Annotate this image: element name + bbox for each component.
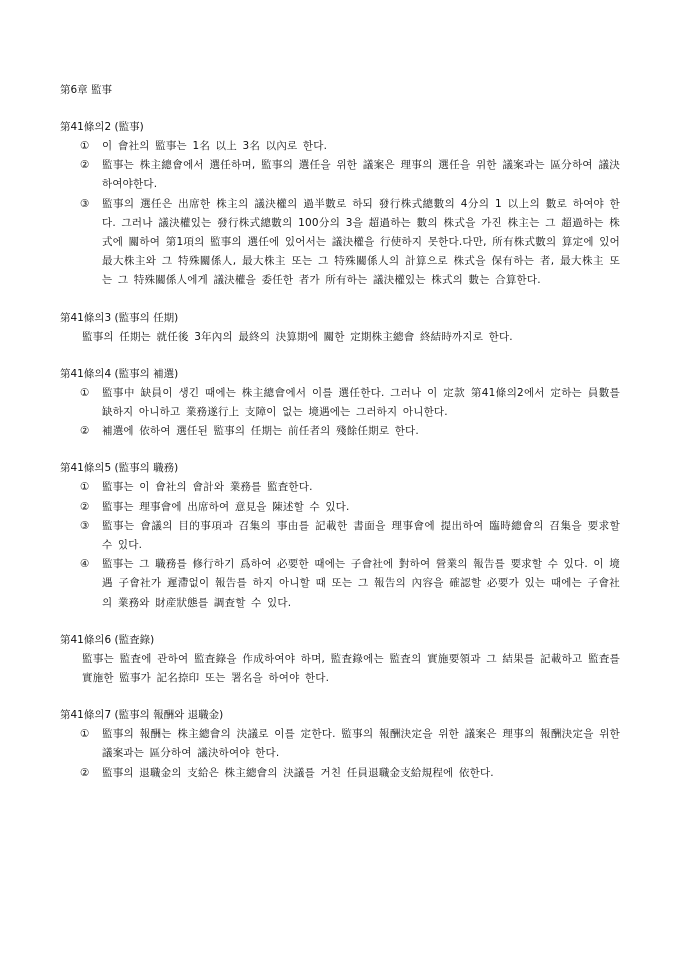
section-41-4: 第41條의4 (監事의 補選) ① 監事中 缺員이 생긴 때에는 株主總會에서 … [60,365,620,442]
section-title: 第41條의6 (監査錄) [60,631,620,650]
list-item: ③ 監事의 選任은 出席한 株主의 議決權의 過半數로 하되 發行株式總數의 4… [60,195,620,291]
chapter-title: 第6章 監事 [60,81,620,100]
item-number: ① [80,725,100,744]
item-text: 이 會社의 監事는 1名 以上 3名 以內로 한다. [102,140,327,152]
paragraph: 監事의 任期는 就任後 3年內의 最終의 決算期에 關한 定期株主總會 終結時까… [60,328,620,347]
list-item: ③ 監事는 會議의 目的事項과 召集의 事由를 記載한 書面을 理事會에 提出하… [60,517,620,555]
item-number: ③ [80,195,100,214]
section-title: 第41條의2 (監事) [60,118,620,137]
list-item: ② 監事의 退職金의 支給은 株主總會의 決議를 거친 任員退職金支給規程에 依… [60,764,620,783]
item-number: ③ [80,517,100,536]
item-text: 監事는 그 職務를 修行하기 爲하여 必要한 때에는 子會社에 對하여 營業의 … [102,558,620,608]
list-item: ② 監事는 理事會에 出席하여 意見을 陳述할 수 있다. [60,498,620,517]
list-item: ① 監事中 缺員이 생긴 때에는 株主總會에서 이를 選任한다. 그러나 이 定… [60,384,620,422]
item-number: ① [80,137,100,156]
list-item: ④ 監事는 그 職務를 修行하기 爲하여 必要한 때에는 子會社에 對하여 營業… [60,555,620,613]
item-text: 監事는 會議의 目的事項과 召集의 事由를 記載한 書面을 理事會에 提出하여 … [102,520,620,551]
item-text: 監事의 報酬는 株主總會의 決議로 이를 定한다. 監事의 報酬決定을 위한 議… [102,728,620,759]
section-41-7: 第41條의7 (監事의 報酬와 退職金) ① 監事의 報酬는 株主總會의 決議로… [60,706,620,783]
item-text: 監事는 理事會에 出席하여 意見을 陳述할 수 있다. [102,501,350,513]
item-number: ② [80,498,100,517]
list-item: ② 補選에 依하여 選任된 監事의 任期는 前任者의 殘餘任期로 한다. [60,422,620,441]
section-title: 第41條의5 (監事의 職務) [60,459,620,478]
item-text: 監事는 이 會社의 會計와 業務를 監査한다. [102,481,313,493]
item-number: ② [80,764,100,783]
section-title: 第41條의4 (監事의 補選) [60,365,620,384]
list-item: ① 監事의 報酬는 株主總會의 決議로 이를 定한다. 監事의 報酬決定을 위한… [60,725,620,763]
list-item: ① 監事는 이 會社의 會計와 業務를 監査한다. [60,478,620,497]
section-title: 第41條의7 (監事의 報酬와 退職金) [60,706,620,725]
section-41-5: 第41條의5 (監事의 職務) ① 監事는 이 會社의 會計와 業務를 監査한다… [60,459,620,612]
item-text: 監事의 退職金의 支給은 株主總會의 決議를 거친 任員退職金支給規程에 依한다… [102,767,494,779]
section-41-2: 第41條의2 (監事) ① 이 會社의 監事는 1名 以上 3名 以內로 한다.… [60,118,620,291]
item-text: 監事는 株主總會에서 選任하며, 監事의 選任을 위한 議案은 理事의 選任을 … [102,159,620,190]
list-item: ② 監事는 株主總會에서 選任하며, 監事의 選任을 위한 議案은 理事의 選任… [60,156,620,194]
section-41-3: 第41條의3 (監事의 任期) 監事의 任期는 就任後 3年內의 最終의 決算期… [60,309,620,347]
section-title: 第41條의3 (監事의 任期) [60,309,620,328]
item-number: ① [80,384,100,403]
item-number: ② [80,422,100,441]
section-41-6: 第41條의6 (監査錄) 監事는 監査에 관하여 監査錄을 作成하여야 하며, … [60,631,620,688]
list-item: ① 이 會社의 監事는 1名 以上 3名 以內로 한다. [60,137,620,156]
item-number: ① [80,478,100,497]
paragraph: 監事는 監査에 관하여 監査錄을 作成하여야 하며, 監査錄에는 監査의 實施要… [60,650,620,688]
item-number: ② [80,156,100,175]
item-text: 監事의 選任은 出席한 株主의 議決權의 過半數로 하되 發行株式總數의 4分의… [102,198,620,287]
item-text: 監事中 缺員이 생긴 때에는 株主總會에서 이를 選任한다. 그러나 이 定款 … [102,387,620,418]
item-number: ④ [80,555,100,574]
item-text: 補選에 依하여 選任된 監事의 任期는 前任者의 殘餘任期로 한다. [102,425,419,437]
document-page: 第6章 監事 第41條의2 (監事) ① 이 會社의 監事는 1名 以上 3名 … [60,81,620,801]
